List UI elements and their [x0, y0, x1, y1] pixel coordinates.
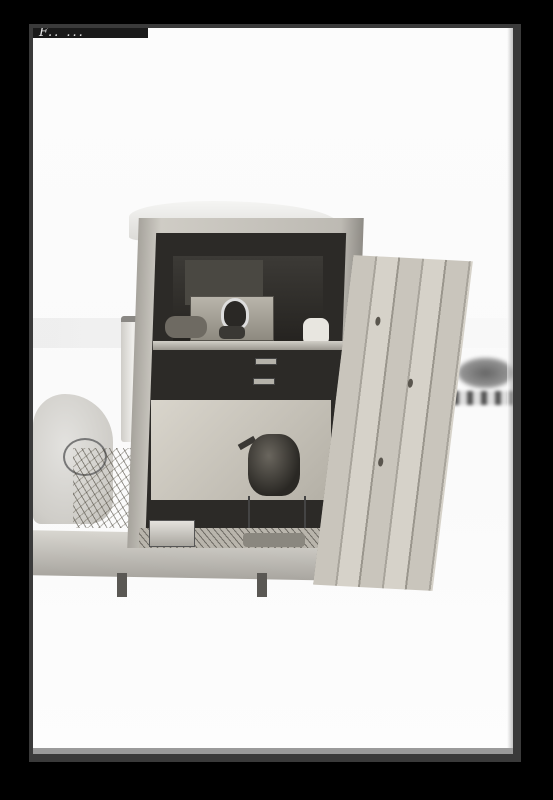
plate-edge-right	[507, 28, 513, 754]
wood-knot	[407, 379, 413, 388]
mitten	[165, 316, 207, 338]
background-sledge-runners	[453, 391, 513, 405]
drawer-handle	[255, 358, 277, 365]
lower-compartment-wall	[151, 400, 331, 500]
drawer-handle	[253, 378, 275, 385]
shelf	[153, 341, 343, 350]
plate-corner-mask: F.. ...	[33, 28, 148, 38]
sledge-leg	[117, 573, 127, 597]
wood-knot	[375, 317, 381, 326]
background-sledge	[458, 358, 513, 388]
sledge-leg	[257, 573, 267, 597]
plate-label: F.. ...	[39, 28, 85, 40]
photograph: F.. ...	[33, 28, 513, 754]
stove-base	[243, 533, 305, 547]
wood-knot	[378, 457, 384, 466]
lamp-base	[219, 326, 245, 339]
plate-edge-bottom	[33, 748, 513, 754]
kettle	[248, 434, 300, 496]
tin-container	[149, 520, 195, 547]
